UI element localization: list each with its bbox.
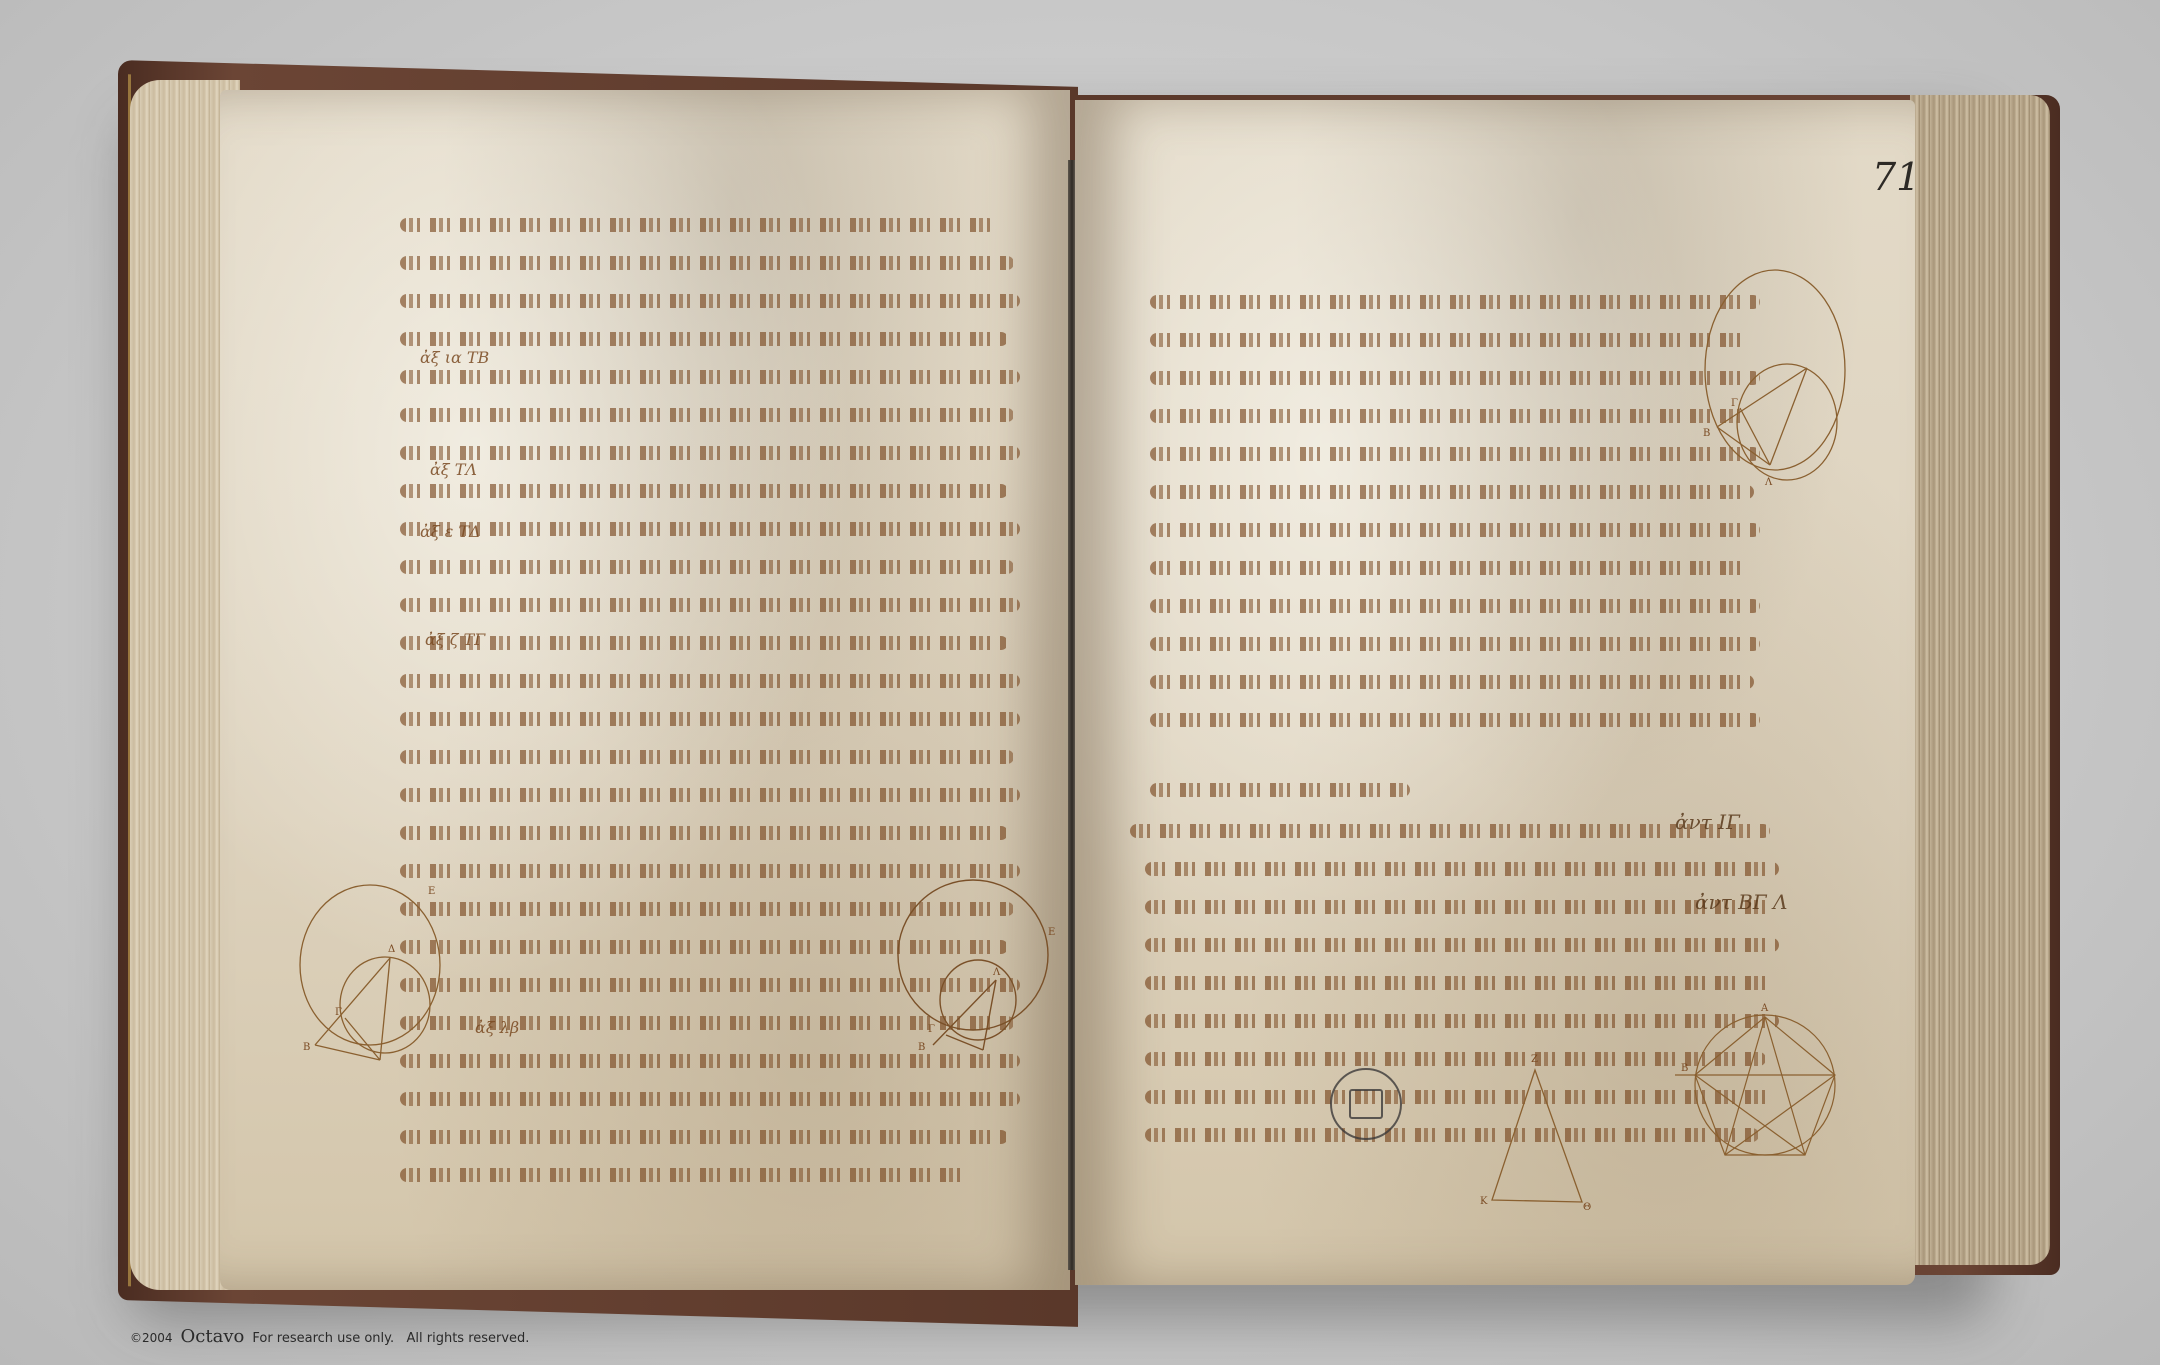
diagram-label: Γ [928,1024,935,1035]
geometry-diagram-pentagon: Α Β [1675,1005,1845,1179]
diagram-label: Λ [992,967,1001,978]
diagram-label: Κ [1480,1196,1488,1207]
library-stamp [1330,1068,1402,1140]
diagram-label: Β [303,1042,310,1053]
margin-note: ἀντ ΒΓ Λ [1695,890,1787,914]
diagram-label: Β [918,1042,925,1053]
margin-note: ἀντ ΙΓ [1675,810,1740,834]
geometry-diagram-circles-left: Ε Δ Γ Β [295,880,445,1064]
diagram-label: Ε [428,886,435,897]
margin-note: ἀξ λβ [475,1018,519,1037]
right-page-stack [1910,95,2050,1265]
stamp-shield-icon [1349,1089,1383,1119]
geometry-diagram-circles-right: Λ Γ Β Ε [898,880,1058,1054]
diagram-label: Β [1703,428,1710,439]
right-page-text-upper [1150,295,1760,751]
folio-number: 71 [1872,155,1915,199]
margin-note: ἀξ ζ ΤΓ [425,630,485,649]
diagram-label: Δ [388,944,395,955]
left-page-text [400,218,1020,1206]
geometry-diagram-triangle: Ζ Κ Θ [1480,1050,1590,1224]
diagram-label: Γ [335,1007,342,1018]
copyright-year: ©2004 [130,1331,173,1345]
diagram-label: Λ [1764,477,1773,488]
diagram-label: Ζ [1531,1054,1538,1065]
left-page: ἀξ ια ΤΒ ἀξ ΤΛ ἀξ ε ΤΔ ἀξ ζ ΤΓ ἀξ λβ Ε Δ… [220,90,1070,1290]
right-page-text-closing [1150,783,1410,821]
margin-note: ἀξ ε ΤΔ [420,522,481,541]
usage-notice: For research use only. All rights reserv… [252,1331,529,1346]
footer: ©2004 Octavo For research use only. All … [130,1326,529,1347]
diagram-label: Β [1681,1063,1688,1074]
diagram-label: Θ [1583,1202,1591,1213]
diagram-label: Α [1760,1003,1769,1014]
margin-note: ἀξ ΤΛ [430,460,477,479]
geometry-diagram-circles-top: Β Γ Λ [1695,260,1835,494]
right-page-text-lower [1130,824,1770,1166]
brand-name: Octavo [181,1326,245,1347]
diagram-label: Γ [1731,398,1738,409]
right-page: 71 ἀντ ΙΓ ἀντ ΒΓ Λ [1075,100,1915,1285]
margin-note: ἀξ ια ΤΒ [420,348,489,367]
diagram-label: Ε [1048,927,1055,938]
